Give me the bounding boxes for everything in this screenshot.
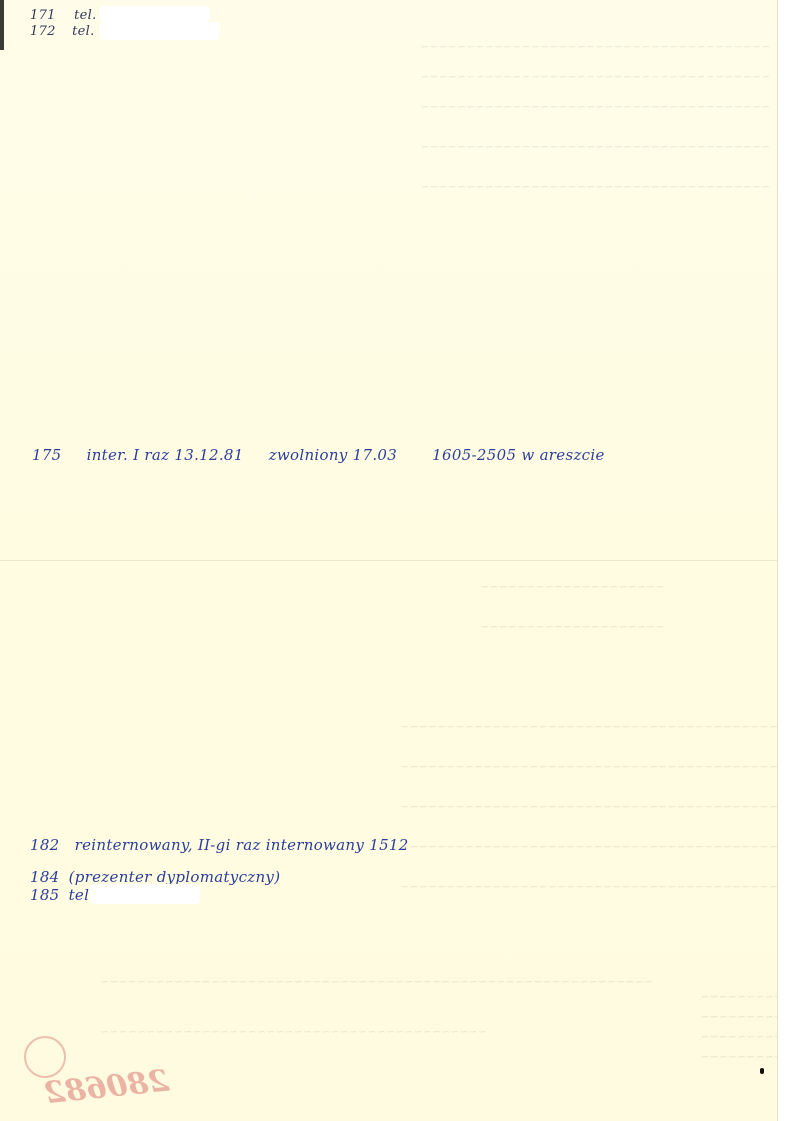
entry-number: 172 [30, 24, 56, 39]
document-page: ~~~~~~~~~~~~~~~~~~~~~~~~~~~~~~~~~~~~~~ ~… [0, 0, 778, 1121]
page-fold [0, 560, 778, 561]
entry-171: 171 tel. [30, 8, 97, 23]
bleed-through-stamp: 280682 [43, 1064, 171, 1112]
bleed-through-text: ~~~~~~~~~~~~~~~~~~~~~~~~~~~~~~~~~~~~~~ [420, 100, 770, 113]
bleed-through-text: ~~~~~~~~~~~~~~~~~~~~~~~~~~~~~~~~~~~~~~ [420, 140, 770, 153]
entry-released: zwolniony 17.03 [269, 446, 397, 464]
bleed-through-text: ~~~~~~~~~~~~~~~~~~~~~~~~~~~~~~~~~~~~~~~~… [400, 880, 793, 893]
bleed-through-text: ~~~~~~~~~~~~~~~~~~~~ [480, 620, 664, 633]
scan-margin [777, 0, 793, 1121]
redaction [100, 22, 220, 40]
entry-number: 184 [30, 868, 60, 886]
entry-number: 182 [30, 836, 60, 854]
entry-number: 175 [32, 446, 62, 464]
bleed-through-text: ~~~~~~~~~~~~~~~~~~~~ [480, 580, 664, 593]
entry-number: 171 [30, 8, 56, 23]
bleed-through-text: ~~~~~~~~~~~~~~~~~~~~~~~~~~~~~~~~~~~~~~~~… [100, 975, 653, 988]
entry-185: 185 tel [30, 886, 89, 904]
bleed-through-text: ~~~~~~~~~~~~~~~~~~~~~~~~~~~~~~~~~~~~~~~~… [400, 800, 793, 813]
entry-text: reinternowany, II-gi raz internowany 151… [75, 836, 409, 854]
entry-text: tel. [72, 24, 94, 39]
scan-edge [0, 0, 4, 50]
bleed-through-text: ~~~~~~~~~~~~~~~~~~~~~~~~~~~~~~~~~~~~~~~~… [400, 760, 793, 773]
bleed-through-text: ~~~~~~~~~~~~~~~~~~~~~~~~~~~~~~~~~~~~~~ [420, 180, 770, 193]
bleed-through-text: ~~~~~~~~~~~~~~~~~~~~~~~~~~~~~~~~~~~~~~ [420, 40, 770, 53]
entry-text: inter. I raz 13.12.81 [87, 446, 244, 464]
ink-dot [760, 1068, 764, 1074]
bleed-through-text: ~~~~~~~~~~~~~~~~~~~~~~~~~~~~~~~~~~~~~~ [420, 70, 770, 83]
entry-text: tel [69, 886, 90, 904]
bleed-through-text: ~~~~~~~~~~~~~~~~~~~~~~~~~~~~~~~~~~~~~~~~… [400, 840, 793, 853]
entry-172: 172 tel. [30, 24, 95, 39]
entry-period: 1605-2505 w areszcie [432, 446, 604, 464]
redaction [100, 6, 210, 22]
bleed-through-text: ~~~~~~~~~~~~~~~~~~~~~~~~~~~~~~~~~~~~~~~~… [100, 1025, 487, 1038]
entry-text: tel. [74, 8, 96, 23]
stamp-circle [24, 1036, 66, 1078]
entry-number: 185 [30, 886, 60, 904]
bleed-through-text: ~~~~~~~~~~~~~~~~~~~~~~~~~~~~~~~~~~~~~~~~… [400, 720, 793, 733]
redaction [90, 884, 200, 904]
entry-182: 182 reinternowany, II-gi raz internowany… [30, 836, 409, 854]
entry-175: 175 inter. I raz 13.12.81 zwolniony 17.0… [32, 446, 605, 464]
